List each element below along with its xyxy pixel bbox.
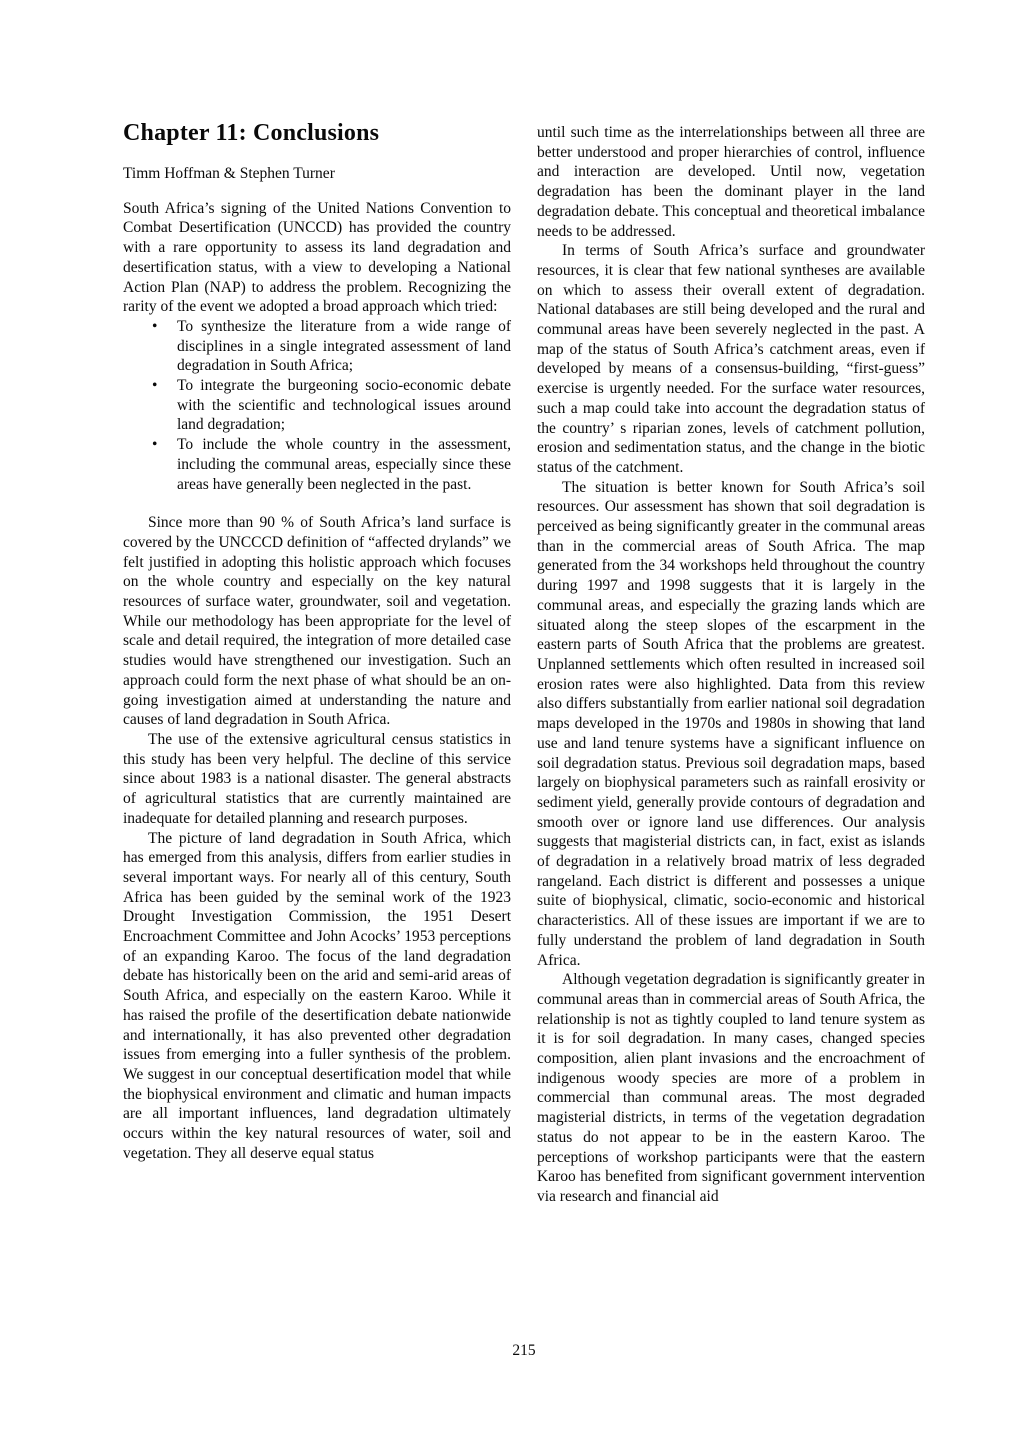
left-column: Chapter 11: Conclusions Timm Hoffman & S… [123, 118, 511, 1207]
objectives-list: • To synthesize the literature from a wi… [123, 317, 511, 494]
list-item: • To integrate the burgeoning socio-econ… [123, 376, 511, 435]
paragraph: The picture of land degradation in South… [123, 829, 511, 1164]
list-item-text: To integrate the burgeoning socio-econom… [177, 377, 511, 433]
paragraph: Although vegetation degradation is signi… [537, 970, 925, 1206]
page-number: 215 [123, 1341, 925, 1361]
paragraph: until such time as the interrelationship… [537, 123, 925, 241]
list-item-text: To synthesize the literature from a wide… [177, 318, 511, 374]
list-item-text: To include the whole country in the asse… [177, 436, 511, 492]
page-content: Chapter 11: Conclusions Timm Hoffman & S… [123, 118, 925, 1207]
intro-paragraph: South Africa’s signing of the United Nat… [123, 199, 511, 317]
list-item: • To synthesize the literature from a wi… [123, 317, 511, 376]
authors: Timm Hoffman & Stephen Turner [123, 164, 511, 184]
paragraph: The use of the extensive agricultural ce… [123, 730, 511, 829]
document-page: Chapter 11: Conclusions Timm Hoffman & S… [0, 0, 1020, 1443]
chapter-title: Chapter 11: Conclusions [123, 118, 511, 148]
paragraph: The situation is better known for South … [537, 478, 925, 971]
bullet-icon: • [152, 376, 157, 396]
list-item: • To include the whole country in the as… [123, 435, 511, 494]
paragraph: Since more than 90 % of South Africa’s l… [123, 513, 511, 730]
bullet-icon: • [152, 317, 157, 337]
right-column: until such time as the interrelationship… [537, 123, 925, 1207]
bullet-icon: • [152, 435, 157, 455]
paragraph: In terms of South Africa’s surface and g… [537, 241, 925, 477]
